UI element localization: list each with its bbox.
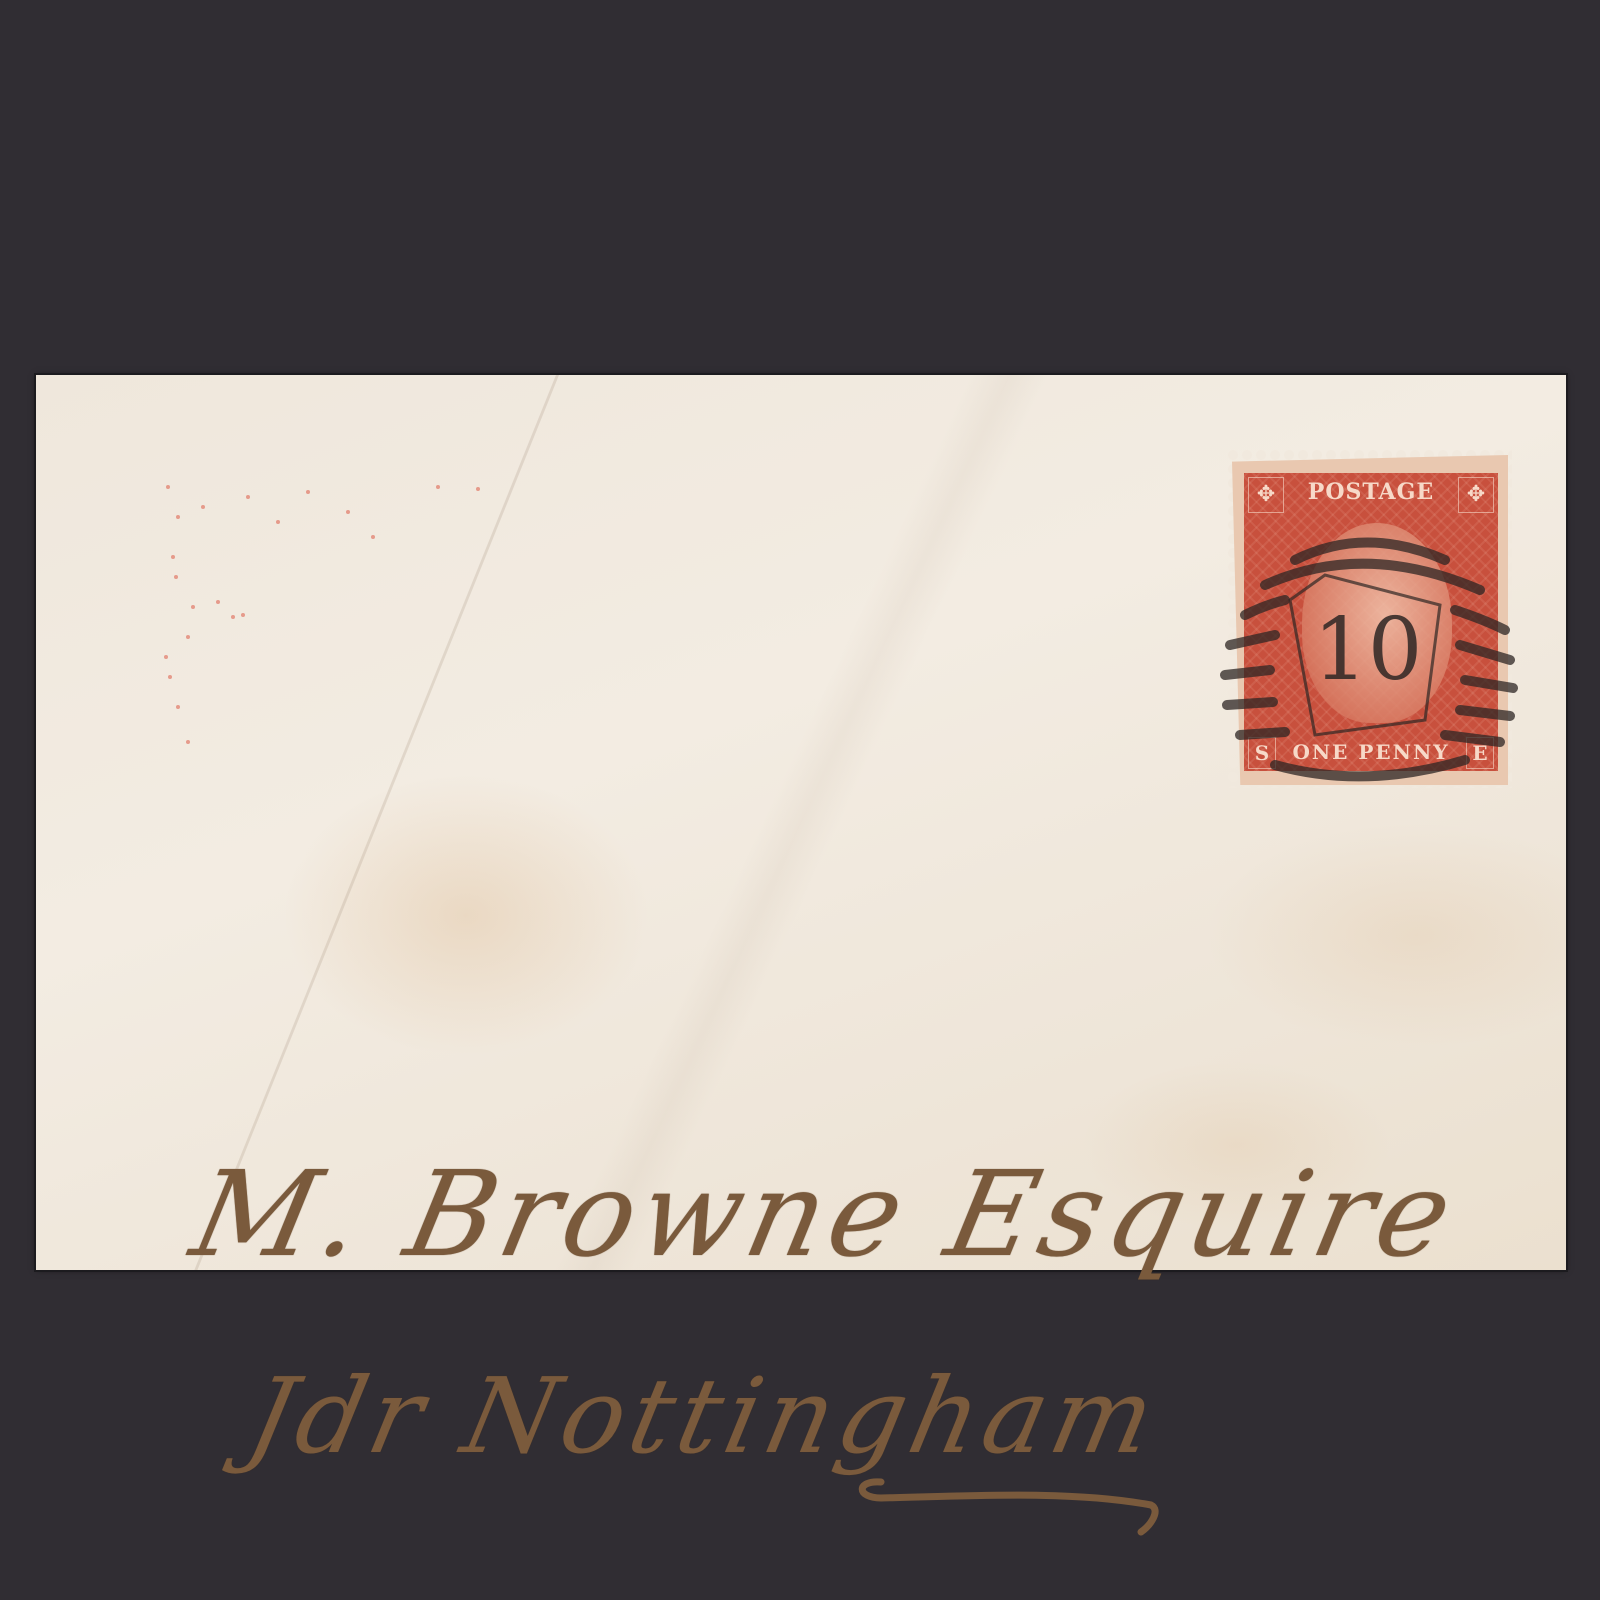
address-line-recipient: M. Browne Esquire: [181, 1145, 1469, 1283]
stamp-top-label: POSTAGE: [1244, 479, 1498, 505]
underline-flourish: [851, 1460, 1171, 1540]
red-offset-marks: [146, 475, 526, 755]
address-line-town: Jdr Nottingham: [238, 1355, 1171, 1477]
cancel-numeral: 10: [1313, 600, 1422, 700]
numeral-cancellation: 10: [1205, 520, 1525, 790]
